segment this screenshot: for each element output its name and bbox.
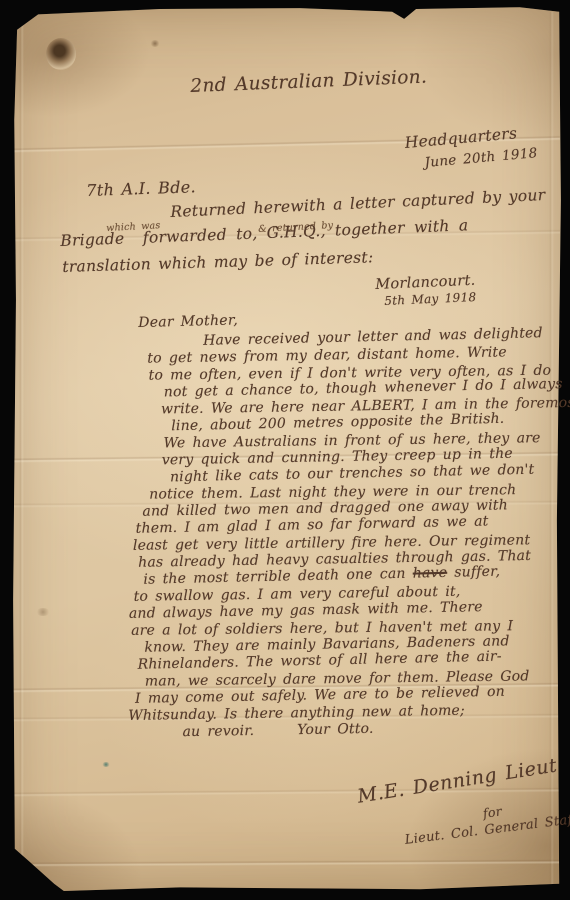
paper-stain-smudge bbox=[36, 608, 50, 616]
signature-for-word: for bbox=[482, 803, 503, 821]
paper-stain-speck bbox=[150, 40, 160, 47]
letter-body: Have received your letter and was deligh… bbox=[120, 328, 570, 742]
scanned-letter-photo: 2nd Australian Division. Headquarters Ju… bbox=[0, 0, 570, 900]
salutation: Dear Mother, bbox=[138, 312, 238, 331]
paper-stain-hole bbox=[46, 38, 76, 70]
paper-crease bbox=[19, 12, 24, 888]
paper-crease bbox=[10, 859, 560, 867]
paper-stain-teal-speck bbox=[102, 762, 110, 767]
addressee-line: 7th A.I. Bde. bbox=[86, 177, 196, 200]
